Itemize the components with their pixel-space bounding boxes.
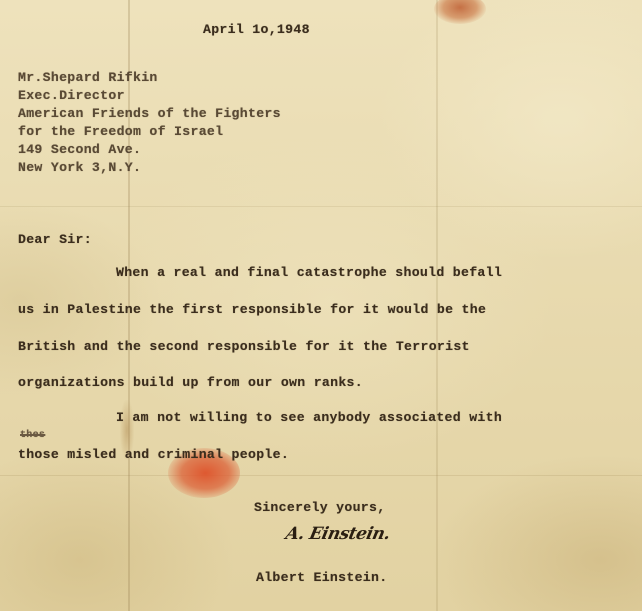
body-line: us in Palestine the first responsible fo… bbox=[18, 302, 486, 318]
recipient-organization-line-1: American Friends of the Fighters bbox=[18, 106, 281, 122]
rust-stain-top bbox=[434, 0, 486, 24]
body-line: I am not willing to see anybody associat… bbox=[116, 410, 502, 426]
handwritten-signature: A. Einstein. bbox=[284, 524, 392, 544]
fold-crease-horizontal-bottom bbox=[0, 475, 642, 476]
recipient-organization-line-2: for the Freedom of Israel bbox=[18, 124, 223, 140]
body-line: organizations build up from our own rank… bbox=[18, 375, 363, 391]
signer-name: Albert Einstein. bbox=[256, 570, 387, 586]
struck-out-word: thes bbox=[20, 428, 45, 444]
body-line: When a real and final catastrophe should… bbox=[116, 265, 502, 281]
salutation: Dear Sir: bbox=[18, 232, 92, 248]
recipient-city: New York 3,N.Y. bbox=[18, 160, 141, 176]
fold-crease-horizontal-top bbox=[0, 206, 642, 207]
letter-date: April 1o,1948 bbox=[203, 22, 310, 38]
recipient-street: 149 Second Ave. bbox=[18, 142, 141, 158]
body-line: British and the second responsible for i… bbox=[18, 339, 470, 355]
letter-page: April 1o,1948 Mr.Shepard Rifkin Exec.Dir… bbox=[0, 0, 642, 611]
recipient-title: Exec.Director bbox=[18, 88, 125, 104]
recipient-name: Mr.Shepard Rifkin bbox=[18, 70, 158, 86]
body-line: those misled and criminal people. bbox=[18, 447, 289, 463]
closing: Sincerely yours, bbox=[254, 500, 385, 516]
